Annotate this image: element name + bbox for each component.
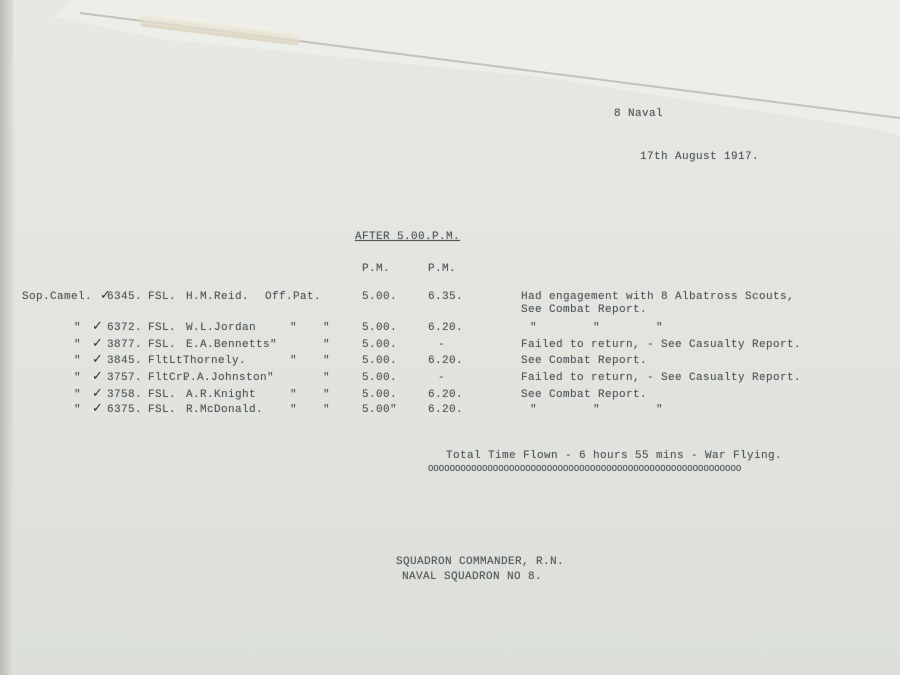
pilot-name: Thornely. (183, 355, 246, 367)
tick-mark-icon: ✓ (92, 352, 103, 367)
aircraft-type: " (74, 404, 81, 416)
remarks: See Combat Report. (521, 389, 647, 401)
tick-mark-icon: ✓ (92, 386, 103, 401)
duty-ditto: " (323, 339, 330, 351)
remarks: Had engagement with 8 Albatross Scouts, (521, 291, 794, 303)
tick-mark-icon: ✓ (92, 369, 103, 384)
remarks: Failed to return, - See Casualty Report. (521, 339, 801, 351)
end-time: 6.20. (428, 322, 463, 334)
pilot-name: E.A.Bennetts" (186, 339, 277, 351)
duty-ditto: " (290, 322, 297, 334)
start-time: 5.00. (362, 339, 397, 351)
remarks: " " " (530, 404, 663, 416)
pilot-name: W.L.Jordan (186, 322, 256, 334)
total-time-flown: Total Time Flown - 6 hours 55 mins - War… (446, 450, 782, 462)
remarks: See Combat Report. (521, 304, 647, 316)
page-edge-shadow (0, 0, 14, 675)
start-time: 5.00. (362, 291, 397, 303)
end-time: - (438, 339, 445, 351)
pilot-name: H.M.Reid. (186, 291, 249, 303)
end-time-header: P.M. (428, 263, 456, 275)
duty-ditto: " (290, 389, 297, 401)
start-time: 5.00. (362, 372, 397, 384)
signature-squadron: NAVAL SQUADRON NO 8. (402, 571, 542, 583)
end-time: 6.35. (428, 291, 463, 303)
aircraft-serial: 6345. (107, 291, 142, 303)
duty-ditto: " (323, 355, 330, 367)
aircraft-serial: 6372. (107, 322, 142, 334)
remarks: " " " (530, 322, 663, 334)
section-title: AFTER 5.00.P.M. (355, 231, 460, 243)
aircraft-type: Sop.Camel. (22, 291, 92, 303)
aircraft-type: " (74, 355, 81, 367)
end-time: 6.20. (428, 389, 463, 401)
pilot-rank: FSL. (148, 339, 176, 351)
start-time: 5.00" (362, 404, 397, 416)
duty-ditto: " (290, 404, 297, 416)
pilot-rank: FSL. (148, 404, 176, 416)
aircraft-type: " (74, 322, 81, 334)
tick-mark-icon: ✓ (92, 401, 103, 416)
start-time: 5.00. (362, 355, 397, 367)
pilot-name: P.A.Johnston" (183, 372, 274, 384)
aircraft-type: " (74, 339, 81, 351)
total-underline-rule: OOOOOOOOOOOOOOOOOOOOOOOOOOOOOOOOOOOOOOOO… (428, 464, 741, 474)
aircraft-serial: 3758. (107, 389, 142, 401)
duty-ditto: " (290, 355, 297, 367)
duty-ditto: " (323, 322, 330, 334)
pilot-name: A.R.Knight (186, 389, 256, 401)
aircraft-type: " (74, 389, 81, 401)
aircraft-serial: 3757. (107, 372, 142, 384)
pilot-rank: FSL. (148, 322, 176, 334)
remarks: Failed to return, - See Casualty Report. (521, 372, 801, 384)
pilot-name: R.McDonald. (186, 404, 263, 416)
duty-ditto: " (323, 372, 330, 384)
pilot-rank: FSL. (148, 389, 176, 401)
duty: Off.Pat. (265, 291, 321, 303)
duty-ditto: " (323, 404, 330, 416)
start-time: 5.00. (362, 322, 397, 334)
remarks: See Combat Report. (521, 355, 647, 367)
tick-mark-icon: ✓ (92, 319, 103, 334)
end-time: 6.20. (428, 355, 463, 367)
aircraft-serial: 3845. (107, 355, 142, 367)
start-time-header: P.M. (362, 263, 390, 275)
duty-ditto: " (323, 389, 330, 401)
end-time: - (438, 372, 445, 384)
aircraft-serial: 3877. (107, 339, 142, 351)
aircraft-type: " (74, 372, 81, 384)
start-time: 5.00. (362, 389, 397, 401)
pilot-rank: FSL. (148, 291, 176, 303)
end-time: 6.20. (428, 404, 463, 416)
unit-header: 8 Naval (614, 108, 663, 120)
aircraft-serial: 6375. (107, 404, 142, 416)
report-date: 17th August 1917. (640, 151, 759, 163)
tick-mark-icon: ✓ (92, 336, 103, 351)
signature-title: SQUADRON COMMANDER, R.N. (396, 556, 564, 568)
